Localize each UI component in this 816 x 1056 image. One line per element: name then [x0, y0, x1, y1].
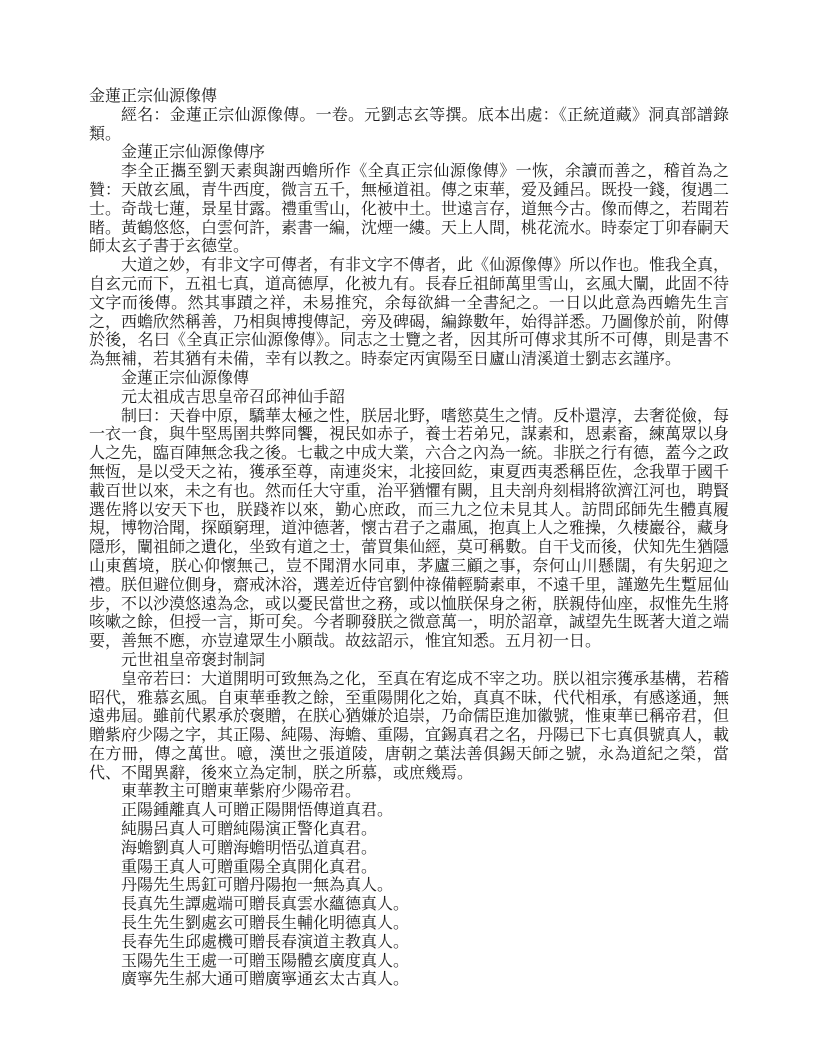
- paragraph: 大道之妙，有非文字可傳者，有非文字不傳者，此《仙源像傳》所以作也。惟我全真，自玄…: [89, 257, 729, 370]
- paragraph: 玉陽先生王處一可贈玉陽體玄廣度真人。: [89, 953, 729, 972]
- paragraph: 李全正攜至劉天素與謝西蟾所作《全真正宗仙源像傳》一恢，余讀而善之，稽首為之贊：天…: [89, 163, 729, 257]
- paragraph: 純腸呂真人可贈純陽演正警化真君。: [89, 821, 729, 840]
- paragraph: 長春先生邱處機可贈長春演道主教真人。: [89, 934, 729, 953]
- paragraph: 金蓮正宗仙源像傳: [89, 88, 729, 107]
- paragraph: 經名：金蓮正宗仙源像傳。一卷。元劉志玄等撰。底本出處：《正統道藏》洞真部譜錄類。: [89, 107, 729, 145]
- document-page: 金蓮正宗仙源像傳經名：金蓮正宗仙源像傳。一卷。元劉志玄等撰。底本出處：《正統道藏…: [0, 0, 816, 1056]
- paragraph: 元太祖成吉思皇帝召邱神仙手韶: [89, 389, 729, 408]
- paragraph: 東華教主可贈東華紫府少陽帝君。: [89, 783, 729, 802]
- paragraph: 金蓮正宗仙源像傳: [89, 370, 729, 389]
- paragraph: 丹陽先生馬釭可贈丹陽抱一無為真人。: [89, 877, 729, 896]
- paragraph: 長真先生譚處端可贈長真雲水蘊德真人。: [89, 896, 729, 915]
- paragraph: 元世祖皇帝褒封制詞: [89, 652, 729, 671]
- paragraph: 皇帝若曰：大道開明可致無為之化，至真在宥迄成不宰之功。朕以祖宗獲承基構，若稽昭代…: [89, 671, 729, 784]
- paragraph: 長生先生劉處玄可贈長生輔化明德真人。: [89, 915, 729, 934]
- paragraph: 正陽鍾離真人可贈正陽開悟傳道真君。: [89, 802, 729, 821]
- paragraph: 海蟾劉真人可贈海蟾明悟弘道真君。: [89, 840, 729, 859]
- paragraph: 制曰：天眷中原，驕華太極之性，朕居北野，嗜慾莫生之情。反朴還淳，去奢從儉，每一衣…: [89, 408, 729, 652]
- paragraph: 金蓮正宗仙源像傳序: [89, 144, 729, 163]
- paragraph: 廣寧先生郝大通可贈廣寧通玄太古真人。: [89, 971, 729, 990]
- paragraph: 重陽王真人可贈重陽全真開化真君。: [89, 859, 729, 878]
- document-body: 金蓮正宗仙源像傳經名：金蓮正宗仙源像傳。一卷。元劉志玄等撰。底本出處：《正統道藏…: [89, 88, 729, 990]
